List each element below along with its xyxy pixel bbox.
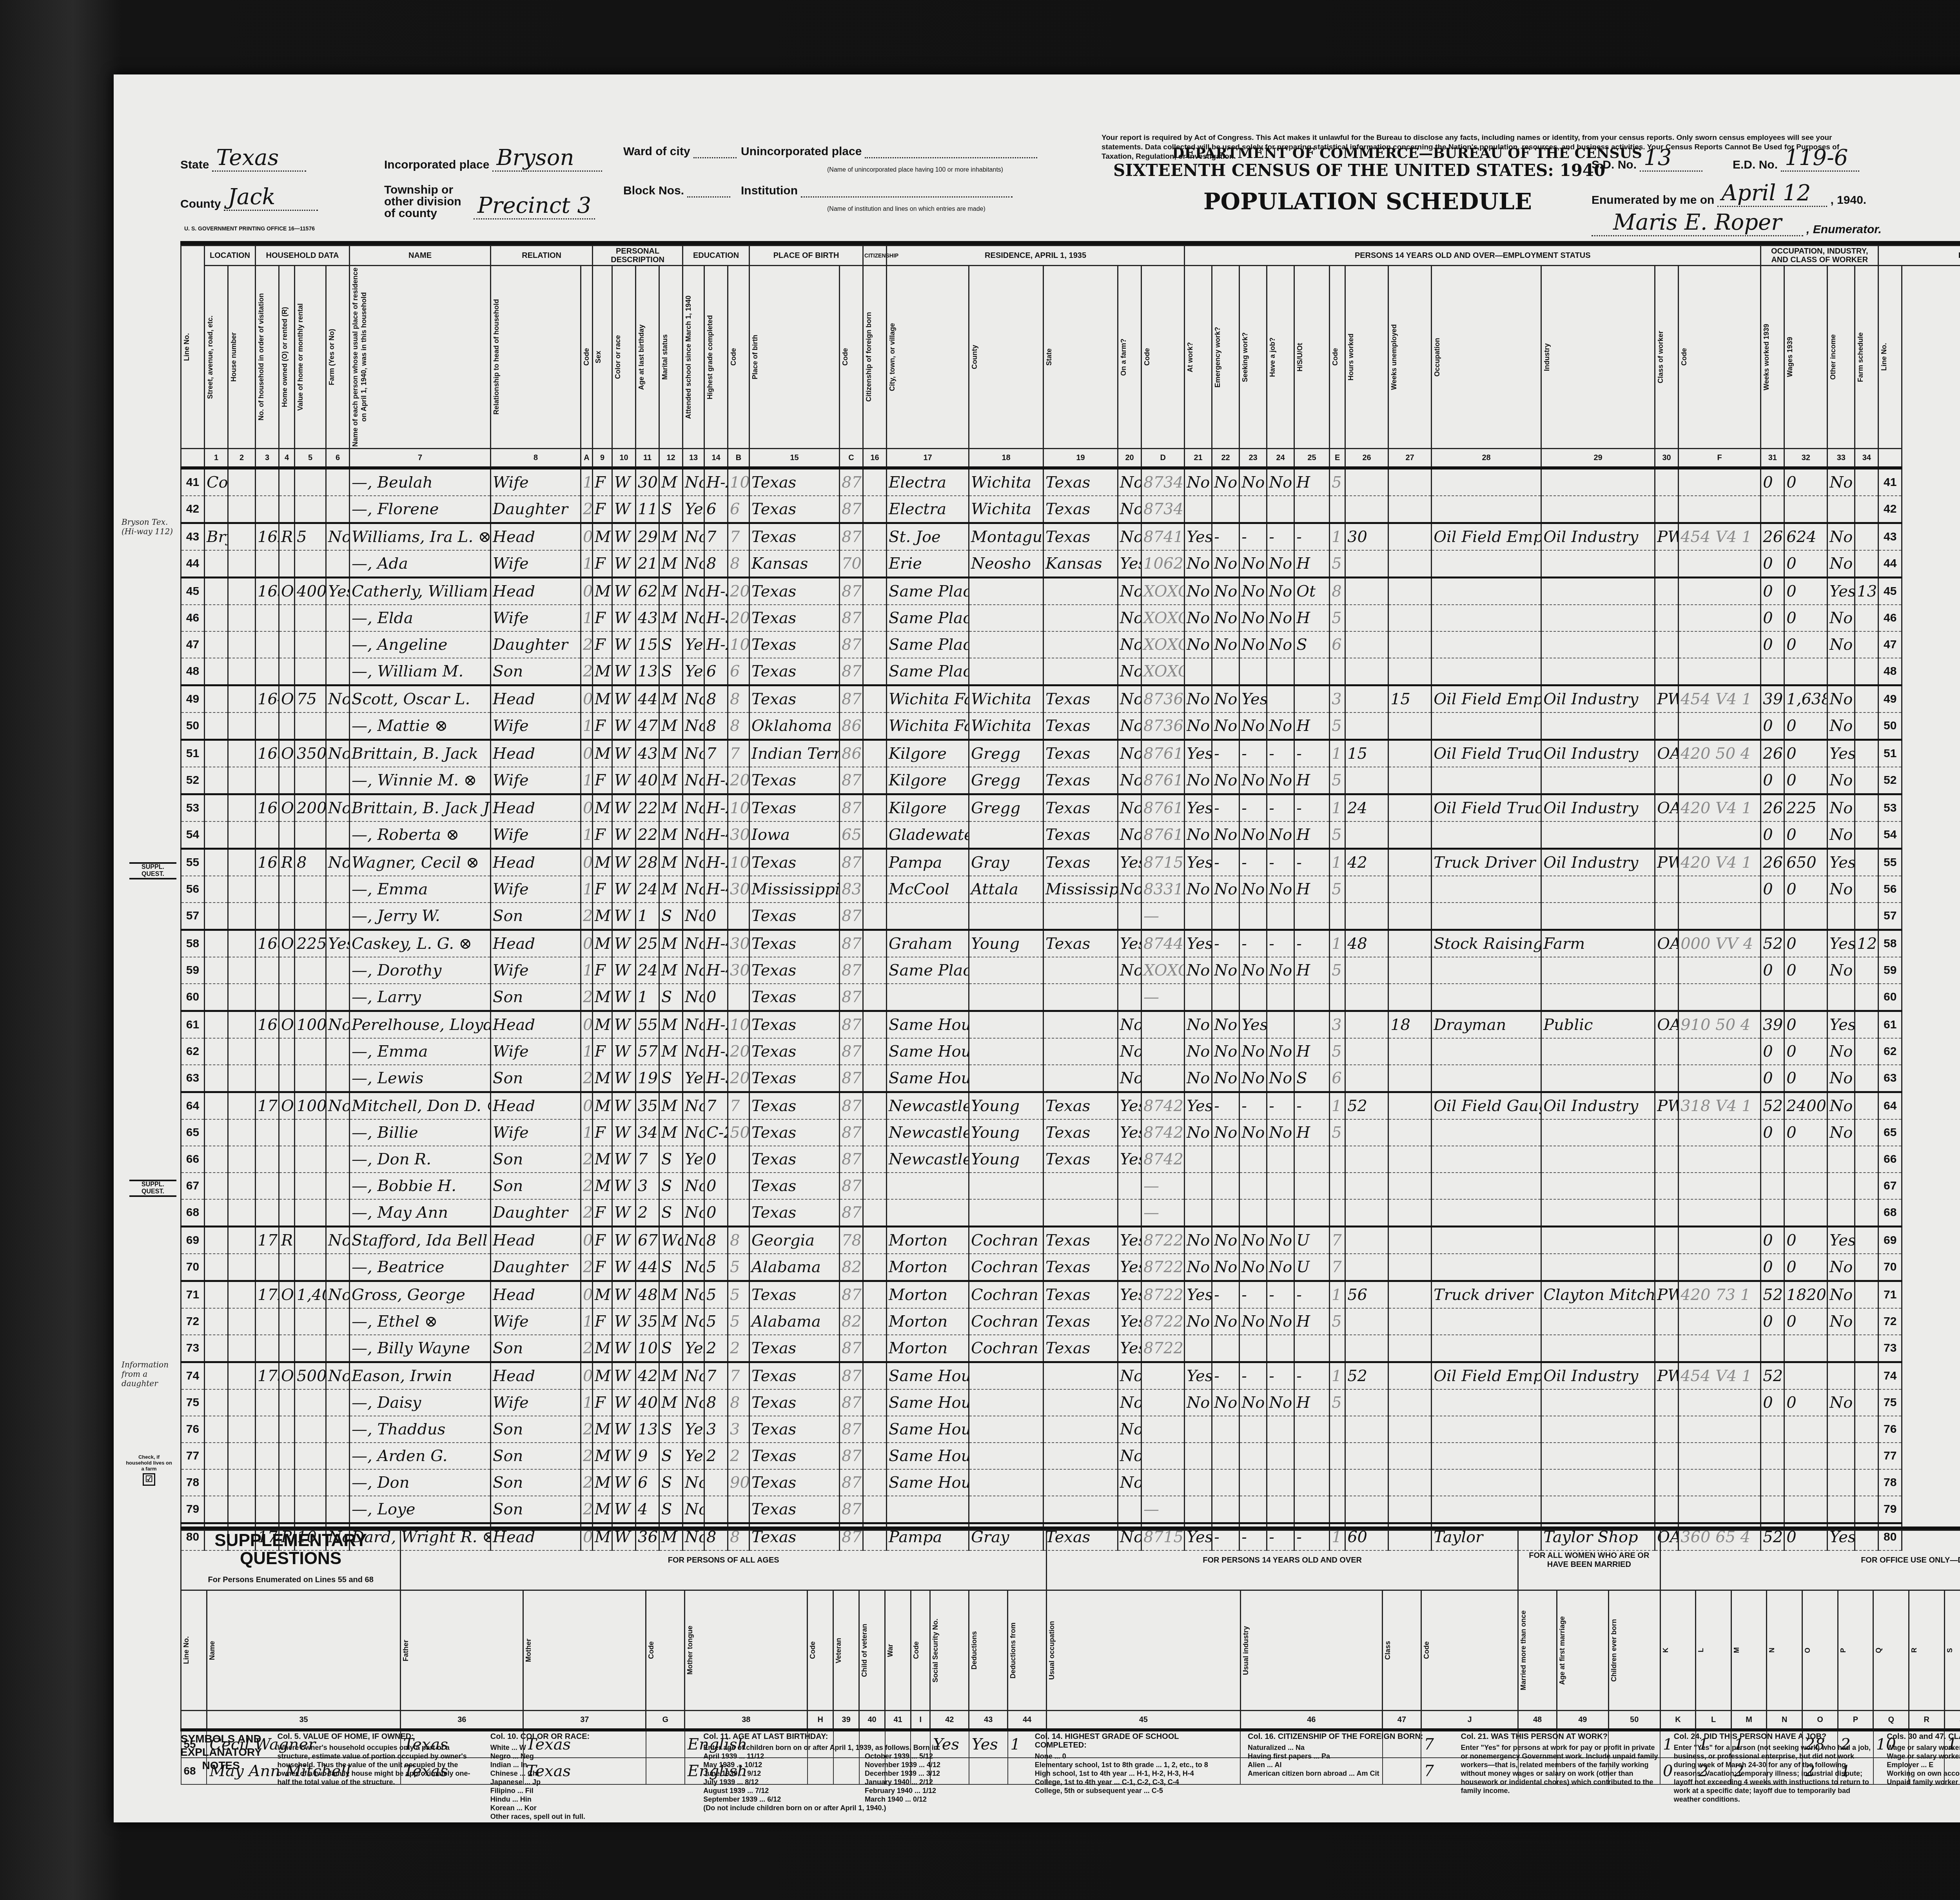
cell-w24: No xyxy=(1267,1389,1294,1416)
cell-sex: F xyxy=(593,1254,612,1281)
cell-sch: Yes xyxy=(683,631,704,658)
cell-w21: No xyxy=(1185,876,1212,903)
cell-ind: Clayton Mitchell Lumber Co. xyxy=(1541,1281,1655,1309)
cell-name: —, Daisy xyxy=(350,1389,491,1416)
cell-house xyxy=(228,1469,256,1496)
sd-number-field: S.D. No. 13 xyxy=(1592,145,1702,172)
cell-occ xyxy=(1432,658,1541,685)
cell-ind xyxy=(1541,1308,1655,1335)
cell-rel: Wife xyxy=(491,1038,581,1065)
cell-state xyxy=(1044,1496,1118,1523)
cell-house xyxy=(228,930,256,957)
cell-cd: 8715 xyxy=(1142,849,1185,876)
column-header: Sex xyxy=(593,266,612,449)
cell-dur xyxy=(1388,1308,1432,1335)
cell-line: 55 xyxy=(181,849,205,876)
column-number: 7 xyxy=(350,449,491,468)
cell-cf xyxy=(1679,1416,1761,1443)
cell-w22: No xyxy=(1212,1119,1240,1146)
cell-hrs xyxy=(1345,1173,1388,1199)
cell-w24: No xyxy=(1267,605,1294,631)
cell-cf xyxy=(1679,957,1761,984)
suppl-quest-tag-55-left: SUPPL. QUEST. xyxy=(129,862,176,879)
cell-w23: Yes xyxy=(1240,1011,1267,1039)
cell-name: Williams, Ira L. ⊗ xyxy=(350,523,491,551)
cell-city: Pampa xyxy=(887,849,969,876)
cell-county xyxy=(969,984,1044,1011)
cell-fs xyxy=(1855,1335,1878,1362)
cell-cc: 78 xyxy=(840,1227,863,1254)
cell-race: W xyxy=(612,1335,636,1362)
column-header: Attended school since March 1, 1940 xyxy=(683,266,704,449)
cell-rel: Wife xyxy=(491,1308,581,1335)
cell-age: 13 xyxy=(636,658,659,685)
cell-cf xyxy=(1679,658,1761,685)
cell-name: —, Roberta ⊗ xyxy=(350,821,491,849)
note-item: Naturalized ... Na xyxy=(1248,1743,1445,1752)
cell-house xyxy=(228,1173,256,1199)
note-col24: Col. 24. DID THIS PERSON HAVE A JOB?Ente… xyxy=(1674,1732,1871,1821)
cell-w25: S xyxy=(1294,1065,1330,1092)
cell-w25: - xyxy=(1294,740,1330,767)
cell-farm xyxy=(326,903,350,930)
cell-cb: 8 xyxy=(728,1389,750,1416)
cell-house xyxy=(228,1254,256,1281)
cell-grade: H-4 xyxy=(704,821,728,849)
supp-header: War xyxy=(885,1590,911,1711)
column-header: Marital status xyxy=(659,266,683,449)
cell-sch: No xyxy=(683,1308,704,1335)
cell-cc: 82 xyxy=(840,1308,863,1335)
cell-w24: No xyxy=(1267,1254,1294,1281)
cell-street xyxy=(205,712,228,740)
column-number: 2 xyxy=(228,449,256,468)
cell-wage: 0 xyxy=(1784,550,1828,578)
cell-mar: S xyxy=(659,903,683,930)
cell-mar: M xyxy=(659,468,683,496)
cell-wage xyxy=(1784,903,1828,930)
cell-rel: Wife xyxy=(491,957,581,984)
cell-own xyxy=(279,821,295,849)
cell-cf xyxy=(1679,1308,1761,1335)
cell-ce: 5 xyxy=(1330,712,1345,740)
note-col5: Col. 5. VALUE OF HOME, IF OWNED:Where ow… xyxy=(277,1732,474,1821)
supp-column-number: R xyxy=(1909,1711,1944,1730)
cell-county xyxy=(969,1416,1044,1443)
cell-house xyxy=(228,876,256,903)
cell-cc: 87 xyxy=(840,578,863,605)
cell-sex: M xyxy=(593,849,612,876)
cell-house xyxy=(228,468,256,496)
cell-race: W xyxy=(612,1254,636,1281)
cell-cc: 86 xyxy=(840,712,863,740)
cell-w23: No xyxy=(1240,1227,1267,1254)
cell-sch: No xyxy=(683,876,704,903)
cell-value xyxy=(295,876,326,903)
cell-cd: 8734 xyxy=(1142,496,1185,523)
cell-grade: H-2 xyxy=(704,1011,728,1039)
cell-street xyxy=(205,1496,228,1523)
cell-w24: No xyxy=(1267,957,1294,984)
cell-cls xyxy=(1655,1443,1679,1469)
cell-sch: Yes xyxy=(683,1416,704,1443)
cell-wks: 0 xyxy=(1761,821,1784,849)
cell-grade: 8 xyxy=(704,685,728,713)
cell-visit xyxy=(256,876,279,903)
margin-note-address: Bryson Tex. (Hi-way 112) xyxy=(122,517,176,536)
cell-w23 xyxy=(1240,496,1267,523)
cell-mar: M xyxy=(659,1038,683,1065)
cell-onfarm: No xyxy=(1118,1065,1142,1092)
cell-occ xyxy=(1432,821,1541,849)
cell-ca: 0 xyxy=(581,578,593,605)
cell-ce xyxy=(1330,1335,1345,1362)
group-all-ages: FOR PERSONS OF ALL AGES xyxy=(401,1530,1047,1590)
cell-state: Texas xyxy=(1044,523,1118,551)
cell-hrs xyxy=(1345,1199,1388,1227)
cell-cf: 420 73 1 xyxy=(1679,1281,1761,1309)
supp-column-number: 35 xyxy=(207,1711,400,1730)
cell-street xyxy=(205,1119,228,1146)
cell-cb xyxy=(728,1496,750,1523)
cell-line: 59 xyxy=(181,957,205,984)
cell-street xyxy=(205,740,228,767)
cell-cls xyxy=(1655,712,1679,740)
cell-farm xyxy=(326,468,350,496)
cell-sex: F xyxy=(593,496,612,523)
cell-line: 42 xyxy=(1878,496,1902,523)
column-number: 24 xyxy=(1267,449,1294,468)
cell-line: 48 xyxy=(181,658,205,685)
cell-cf xyxy=(1679,605,1761,631)
cell-w21: Yes xyxy=(1185,523,1212,551)
note-item: Indian ... In xyxy=(490,1760,688,1769)
column-header-row: Street, avenue, road, etc.House numberNo… xyxy=(181,266,1960,449)
column-number: 25 xyxy=(1294,449,1330,468)
cell-ind xyxy=(1541,876,1655,903)
cell-house xyxy=(228,1227,256,1254)
cell-farm: No xyxy=(326,794,350,822)
cell-wage: 0 xyxy=(1784,767,1828,794)
cell-w25: H xyxy=(1294,876,1330,903)
cell-name: —, Winnie M. ⊗ xyxy=(350,767,491,794)
cell-line: 49 xyxy=(1878,685,1902,713)
cell-sex: M xyxy=(593,794,612,822)
cell-mar: S xyxy=(659,496,683,523)
census-row: 65—, BillieWife1FW34MNoC-250Texas87Newca… xyxy=(181,1119,1960,1146)
cell-birth: Texas xyxy=(750,1038,840,1065)
cell-sex: M xyxy=(593,685,612,713)
cell-race: W xyxy=(612,767,636,794)
supp-column-number: K xyxy=(1660,1711,1696,1730)
cell-wage: 0 xyxy=(1784,1011,1828,1039)
cell-ind xyxy=(1541,1173,1655,1199)
cell-house xyxy=(228,1038,256,1065)
cell-rel: Son xyxy=(491,1416,581,1443)
cell-dur xyxy=(1388,984,1432,1011)
note-col11: Col. 11. AGE AT LAST BIRTHDAY:Enter age … xyxy=(703,1732,1019,1821)
cell-cls xyxy=(1655,550,1679,578)
cell-w24: - xyxy=(1267,1362,1294,1390)
cell-wage: 1820 xyxy=(1784,1281,1828,1309)
cell-w25 xyxy=(1294,903,1330,930)
note-item: January 1940 ... 2/12 xyxy=(865,1778,1019,1786)
cell-oth xyxy=(1828,496,1855,523)
cell-onfarm: No xyxy=(1118,496,1142,523)
cell-birth: Texas xyxy=(750,984,840,1011)
cell-age: 43 xyxy=(636,605,659,631)
cell-cd: — xyxy=(1142,984,1185,1011)
cell-age: 40 xyxy=(636,1389,659,1416)
census-row: 56—, EmmaWife1FW24MNoH-430Mississippi83M… xyxy=(181,876,1960,903)
cell-fs: 12 xyxy=(1855,930,1878,957)
cell-state: Texas xyxy=(1044,740,1118,767)
cell-cit xyxy=(863,794,887,822)
cell-house xyxy=(228,957,256,984)
cell-w25: Ot xyxy=(1294,578,1330,605)
cell-grade: 0 xyxy=(704,984,728,1011)
cell-value xyxy=(295,1146,326,1173)
cell-name: —, Ethel ⊗ xyxy=(350,1308,491,1335)
census-row: 64170O1000NoMitchell, Don D. ⊗Head0MW35M… xyxy=(181,1092,1960,1120)
cell-line: 76 xyxy=(1878,1416,1902,1443)
cell-wage xyxy=(1784,1199,1828,1227)
cell-value: 5 xyxy=(295,523,326,551)
cell-cls xyxy=(1655,1146,1679,1173)
cell-dur xyxy=(1388,550,1432,578)
cell-w23: No xyxy=(1240,1038,1267,1065)
cell-line: 43 xyxy=(181,523,205,551)
cell-race: W xyxy=(612,1496,636,1523)
cell-mar: M xyxy=(659,849,683,876)
cell-name: Caskey, L. G. ⊗ xyxy=(350,930,491,957)
cell-street xyxy=(205,550,228,578)
census-row: 73—, Billy WayneSon2MW10SYes22Texas87Mor… xyxy=(181,1335,1960,1362)
cell-county: Gregg xyxy=(969,794,1044,822)
column-number: 12 xyxy=(659,449,683,468)
census-rows: 41Contd—, BeulahWife1FW30MNoH-210Texas87… xyxy=(181,468,1960,1550)
cell-grade: 7 xyxy=(704,523,728,551)
cell-mar: M xyxy=(659,578,683,605)
cell-ind xyxy=(1541,1443,1655,1469)
cell-onfarm: Yes xyxy=(1118,1227,1142,1254)
cell-state xyxy=(1044,1038,1118,1065)
cell-visit xyxy=(256,1119,279,1146)
cell-cc: 87 xyxy=(840,1119,863,1146)
cell-rel: Head xyxy=(491,523,581,551)
cell-occ: Oil Field Trucker xyxy=(1432,740,1541,767)
cell-line: 45 xyxy=(181,578,205,605)
cell-line: 76 xyxy=(181,1416,205,1443)
cell-house xyxy=(228,740,256,767)
cell-wks: 52 xyxy=(1761,930,1784,957)
cell-rel: Son xyxy=(491,1335,581,1362)
cell-race: W xyxy=(612,1443,636,1469)
column-number: 23 xyxy=(1240,449,1267,468)
cell-name: —, Angeline xyxy=(350,631,491,658)
column-number: D xyxy=(1142,449,1185,468)
cell-ind xyxy=(1541,631,1655,658)
cell-sch: No xyxy=(683,903,704,930)
cell-cit xyxy=(863,876,887,903)
cell-county xyxy=(969,1362,1044,1390)
cell-dur xyxy=(1388,496,1432,523)
cell-line: 77 xyxy=(181,1443,205,1469)
group-education: EDUCATION xyxy=(683,246,750,266)
supp-header: Code xyxy=(646,1590,685,1711)
note-item: Employer ... E xyxy=(1887,1760,1960,1769)
ed-number-field: E.D. No. 119-6 xyxy=(1733,145,1859,172)
cell-w23 xyxy=(1240,1335,1267,1362)
cell-race: W xyxy=(612,712,636,740)
group-personal: PERSONAL DESCRIPTION xyxy=(593,246,683,266)
cell-sex: M xyxy=(593,1496,612,1523)
note-item: Having first papers ... Pa xyxy=(1248,1752,1445,1760)
cell-age: 57 xyxy=(636,1038,659,1065)
supp-header: Line No. xyxy=(181,1590,207,1711)
cell-sex: M xyxy=(593,1469,612,1496)
cell-birth: Mississippi xyxy=(750,876,840,903)
cell-county: Cochran xyxy=(969,1308,1044,1335)
cell-oth xyxy=(1828,1335,1855,1362)
cell-name: —, Billy Wayne xyxy=(350,1335,491,1362)
cell-wage xyxy=(1784,1173,1828,1199)
cell-w21 xyxy=(1185,1469,1212,1496)
cell-hrs xyxy=(1345,1011,1388,1039)
cell-cc: 87 xyxy=(840,1173,863,1199)
cell-oth: No xyxy=(1828,685,1855,713)
cell-w22: No xyxy=(1212,578,1240,605)
cell-ind xyxy=(1541,550,1655,578)
cell-name: Eason, Irwin xyxy=(350,1362,491,1390)
cell-value xyxy=(295,1389,326,1416)
cell-mar: S xyxy=(659,1173,683,1199)
cell-ind xyxy=(1541,1496,1655,1523)
cell-ca: 0 xyxy=(581,794,593,822)
census-page: Your report is required by Act of Congre… xyxy=(114,74,1960,1822)
cell-cf xyxy=(1679,1199,1761,1227)
cell-onfarm: No xyxy=(1118,523,1142,551)
cell-line: 71 xyxy=(1878,1281,1902,1309)
cell-age: 13 xyxy=(636,1416,659,1443)
cell-w25 xyxy=(1294,1335,1330,1362)
township-value: Precinct 3 xyxy=(474,193,595,219)
cell-grade: H-3 xyxy=(704,578,728,605)
cell-onfarm: No xyxy=(1118,578,1142,605)
cell-w23 xyxy=(1240,1173,1267,1199)
cell-cc: 87 xyxy=(840,496,863,523)
cell-w25 xyxy=(1294,1443,1330,1469)
cell-wage: 0 xyxy=(1784,1389,1828,1416)
cell-dur xyxy=(1388,1443,1432,1469)
cell-w22: - xyxy=(1212,794,1240,822)
ward-field: Ward of city xyxy=(623,145,737,158)
cell-grade: 7 xyxy=(704,740,728,767)
state-field: State Texas xyxy=(180,145,306,172)
cell-line: 47 xyxy=(1878,631,1902,658)
cell-cc: 87 xyxy=(840,1092,863,1120)
cell-city xyxy=(887,1199,969,1227)
note-item: December 1939 ... 3/12 xyxy=(865,1769,1019,1778)
cell-occ xyxy=(1432,957,1541,984)
cell-farm xyxy=(326,1173,350,1199)
cell-w23: - xyxy=(1240,523,1267,551)
cell-w24: No xyxy=(1267,550,1294,578)
cell-w23: No xyxy=(1240,1254,1267,1281)
cell-grade: 8 xyxy=(704,550,728,578)
cell-county xyxy=(969,1443,1044,1469)
cell-ind: Farm xyxy=(1541,930,1655,957)
cell-wks: 0 xyxy=(1761,1038,1784,1065)
cell-hrs xyxy=(1345,1335,1388,1362)
cell-ind: Public xyxy=(1541,1011,1655,1039)
cell-mar: S xyxy=(659,1199,683,1227)
column-number: 8 xyxy=(491,449,581,468)
cell-ca: 0 xyxy=(581,1362,593,1390)
farm-checkbox[interactable]: ☑ xyxy=(143,1473,155,1486)
cell-cit xyxy=(863,658,887,685)
note-item: Hindu ... Hin xyxy=(490,1795,688,1804)
cell-w23: - xyxy=(1240,1281,1267,1309)
cell-occ: Oil Field Employee xyxy=(1432,1362,1541,1390)
cell-onfarm: No xyxy=(1118,605,1142,631)
cell-w24 xyxy=(1267,1011,1294,1039)
column-header: Hours worked xyxy=(1345,266,1388,449)
cell-visit: 170 xyxy=(256,1092,279,1120)
column-header: Code xyxy=(581,266,593,449)
column-header: Code xyxy=(1330,266,1345,449)
cell-rel: Head xyxy=(491,1092,581,1120)
cell-cls xyxy=(1655,1038,1679,1065)
cell-dur xyxy=(1388,849,1432,876)
column-header: Other income xyxy=(1828,266,1855,449)
cell-cls xyxy=(1655,1496,1679,1523)
cell-fs xyxy=(1855,685,1878,713)
cell-wks: 0 xyxy=(1761,605,1784,631)
cell-fs xyxy=(1855,1496,1878,1523)
column-number xyxy=(181,449,205,468)
cell-cb: 30 xyxy=(728,957,750,984)
cell-grade: H-4 xyxy=(704,957,728,984)
cell-dur xyxy=(1388,1065,1432,1092)
cell-farm: No xyxy=(326,685,350,713)
cell-w22: No xyxy=(1212,1308,1240,1335)
note-item: September 1939 ... 6/12 xyxy=(703,1795,858,1804)
cell-street xyxy=(205,1308,228,1335)
cell-ce xyxy=(1330,658,1345,685)
cell-w22: No xyxy=(1212,1389,1240,1416)
supp-column-number: O xyxy=(1802,1711,1838,1730)
cell-fs xyxy=(1855,1443,1878,1469)
cell-fs xyxy=(1855,1119,1878,1146)
cell-fs xyxy=(1855,1308,1878,1335)
cell-sex: F xyxy=(593,468,612,496)
cell-value xyxy=(295,1496,326,1523)
cell-w21: No xyxy=(1185,468,1212,496)
cell-name: —, Beulah xyxy=(350,468,491,496)
cell-w25: - xyxy=(1294,1092,1330,1120)
cell-fs xyxy=(1855,1173,1878,1199)
cell-w25: H xyxy=(1294,712,1330,740)
note-item: Alien ... Al xyxy=(1248,1760,1445,1769)
cell-visit xyxy=(256,1469,279,1496)
column-header: Weeks unemployed xyxy=(1388,266,1432,449)
cell-rel: Head xyxy=(491,930,581,957)
group-name: NAME xyxy=(350,246,491,266)
cell-farm: No xyxy=(326,1281,350,1309)
cell-value xyxy=(295,957,326,984)
cell-cd xyxy=(1142,1443,1185,1469)
